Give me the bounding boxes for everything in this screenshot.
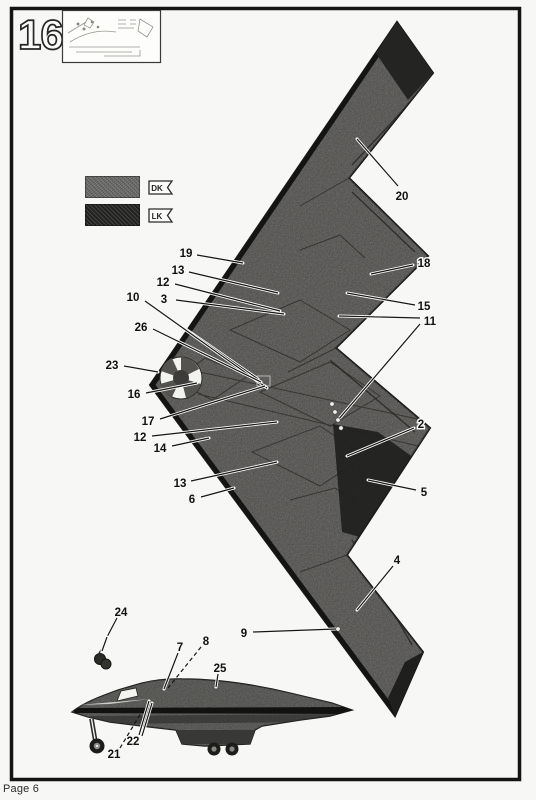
landing-gear-front <box>90 719 105 754</box>
marker-dot <box>333 410 337 414</box>
leader-line <box>124 366 158 372</box>
callout-number: 16 <box>128 389 141 401</box>
leader-line <box>357 139 398 186</box>
callout-number: 20 <box>396 191 409 203</box>
marker-dot <box>336 627 340 631</box>
paint-code: DK <box>151 184 163 193</box>
callout-number: 4 <box>394 555 401 567</box>
callout-19: 19 <box>180 248 243 263</box>
page-artwork: 16 <box>0 0 536 800</box>
callout-number: 19 <box>180 248 193 260</box>
callout-23: 23 <box>106 360 158 372</box>
callout-number: 23 <box>106 360 119 372</box>
step-number: 16 <box>18 11 63 58</box>
paint-code-tag: DK <box>148 180 174 195</box>
callout-number: 24 <box>115 607 128 619</box>
callout-number: 5 <box>421 487 428 499</box>
callout-number: 13 <box>174 478 187 490</box>
top-view-aircraft <box>150 22 433 716</box>
legend-row: LK <box>85 204 205 226</box>
callout-number: 18 <box>418 258 431 270</box>
callout-number: 2 <box>418 419 424 431</box>
callout-number: 7 <box>177 642 183 654</box>
marker-dot <box>339 426 343 430</box>
leader-line <box>102 637 107 651</box>
callout-number: 14 <box>154 443 167 455</box>
fan-detail <box>160 357 202 399</box>
marker-dot <box>336 418 340 422</box>
callout-number: 8 <box>203 636 210 648</box>
paint-code-tag: LK <box>148 208 174 223</box>
callout-24: 24 <box>102 607 128 651</box>
callout-number: 15 <box>418 301 431 313</box>
inset-diagram <box>63 11 161 63</box>
legend-row: DK <box>85 176 205 198</box>
callout-number: 22 <box>127 736 140 748</box>
instruction-page: 16 <box>0 0 536 800</box>
callout-number: 9 <box>241 628 247 640</box>
callout-number: 11 <box>424 316 437 328</box>
callout-number: 10 <box>127 292 140 304</box>
callout-number: 13 <box>172 265 185 277</box>
callout-6: 6 <box>189 488 234 506</box>
callout-number: 21 <box>108 749 121 761</box>
callout-number: 6 <box>189 494 195 506</box>
color-swatch <box>85 204 140 226</box>
callout-number: 26 <box>135 322 148 334</box>
callout-number: 12 <box>157 277 170 289</box>
callout-number: 25 <box>214 663 227 675</box>
leader-line <box>107 618 117 637</box>
paint-code: LK <box>152 212 163 221</box>
page-label: Page 6 <box>3 783 39 795</box>
paint-legend: DKLK <box>85 176 205 232</box>
callout-number: 17 <box>142 416 155 428</box>
callout-9: 9 <box>241 628 336 640</box>
marker-dot <box>330 402 334 406</box>
callout-number: 3 <box>161 294 167 306</box>
callout-number: 12 <box>134 432 147 444</box>
color-swatch <box>85 176 140 198</box>
